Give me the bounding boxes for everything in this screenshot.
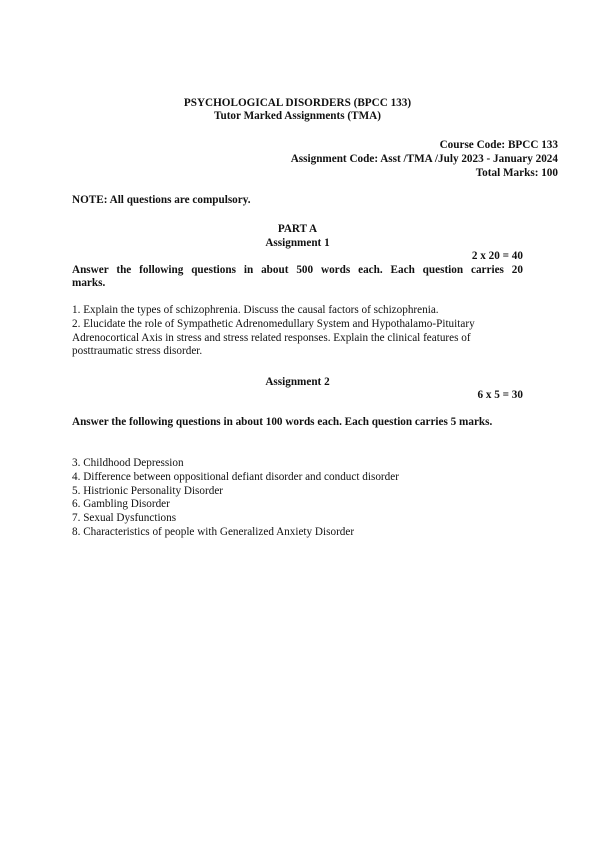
assignment-2-heading: Assignment 2 xyxy=(0,375,595,389)
assignment-1-instruction: Answer the following questions in about … xyxy=(72,264,523,290)
assignment-1-questions: 1. Explain the types of schizophrenia. D… xyxy=(72,304,532,359)
document-subtitle: Tutor Marked Assignments (TMA) xyxy=(0,110,595,123)
document-title: PSYCHOLOGICAL DISORDERS (BPCC 133) xyxy=(0,97,595,110)
total-marks: Total Marks: 100 xyxy=(476,166,558,180)
assignment-code: Assignment Code: Asst /TMA /July 2023 - … xyxy=(291,152,558,166)
part-heading: PART A xyxy=(0,222,595,236)
question-item: 4. Difference between oppositional defia… xyxy=(72,471,532,485)
assignment-1-heading: Assignment 1 xyxy=(0,236,595,250)
question-item: 5. Histrionic Personality Disorder xyxy=(72,485,532,499)
course-code: Course Code: BPCC 133 xyxy=(440,138,558,152)
assignment-2-questions: 3. Childhood Depression 4. Difference be… xyxy=(72,457,532,540)
question-item: 7. Sexual Dysfunctions xyxy=(72,512,532,526)
question-item: 8. Characteristics of people with Genera… xyxy=(72,526,532,540)
question-item: 6. Gambling Disorder xyxy=(72,498,532,512)
question-item: 3. Childhood Depression xyxy=(72,457,532,471)
assignment-2-marks: 6 x 5 = 30 xyxy=(477,389,523,401)
assignment-2-instruction: Answer the following questions in about … xyxy=(72,416,523,429)
note: NOTE: All questions are compulsory. xyxy=(72,194,251,206)
document-page: PSYCHOLOGICAL DISORDERS (BPCC 133) Tutor… xyxy=(0,0,595,842)
question-item: 1. Explain the types of schizophrenia. D… xyxy=(72,304,532,318)
question-item: 2. Elucidate the role of Sympathetic Adr… xyxy=(72,318,532,359)
assignment-1-marks: 2 x 20 = 40 xyxy=(472,250,523,262)
